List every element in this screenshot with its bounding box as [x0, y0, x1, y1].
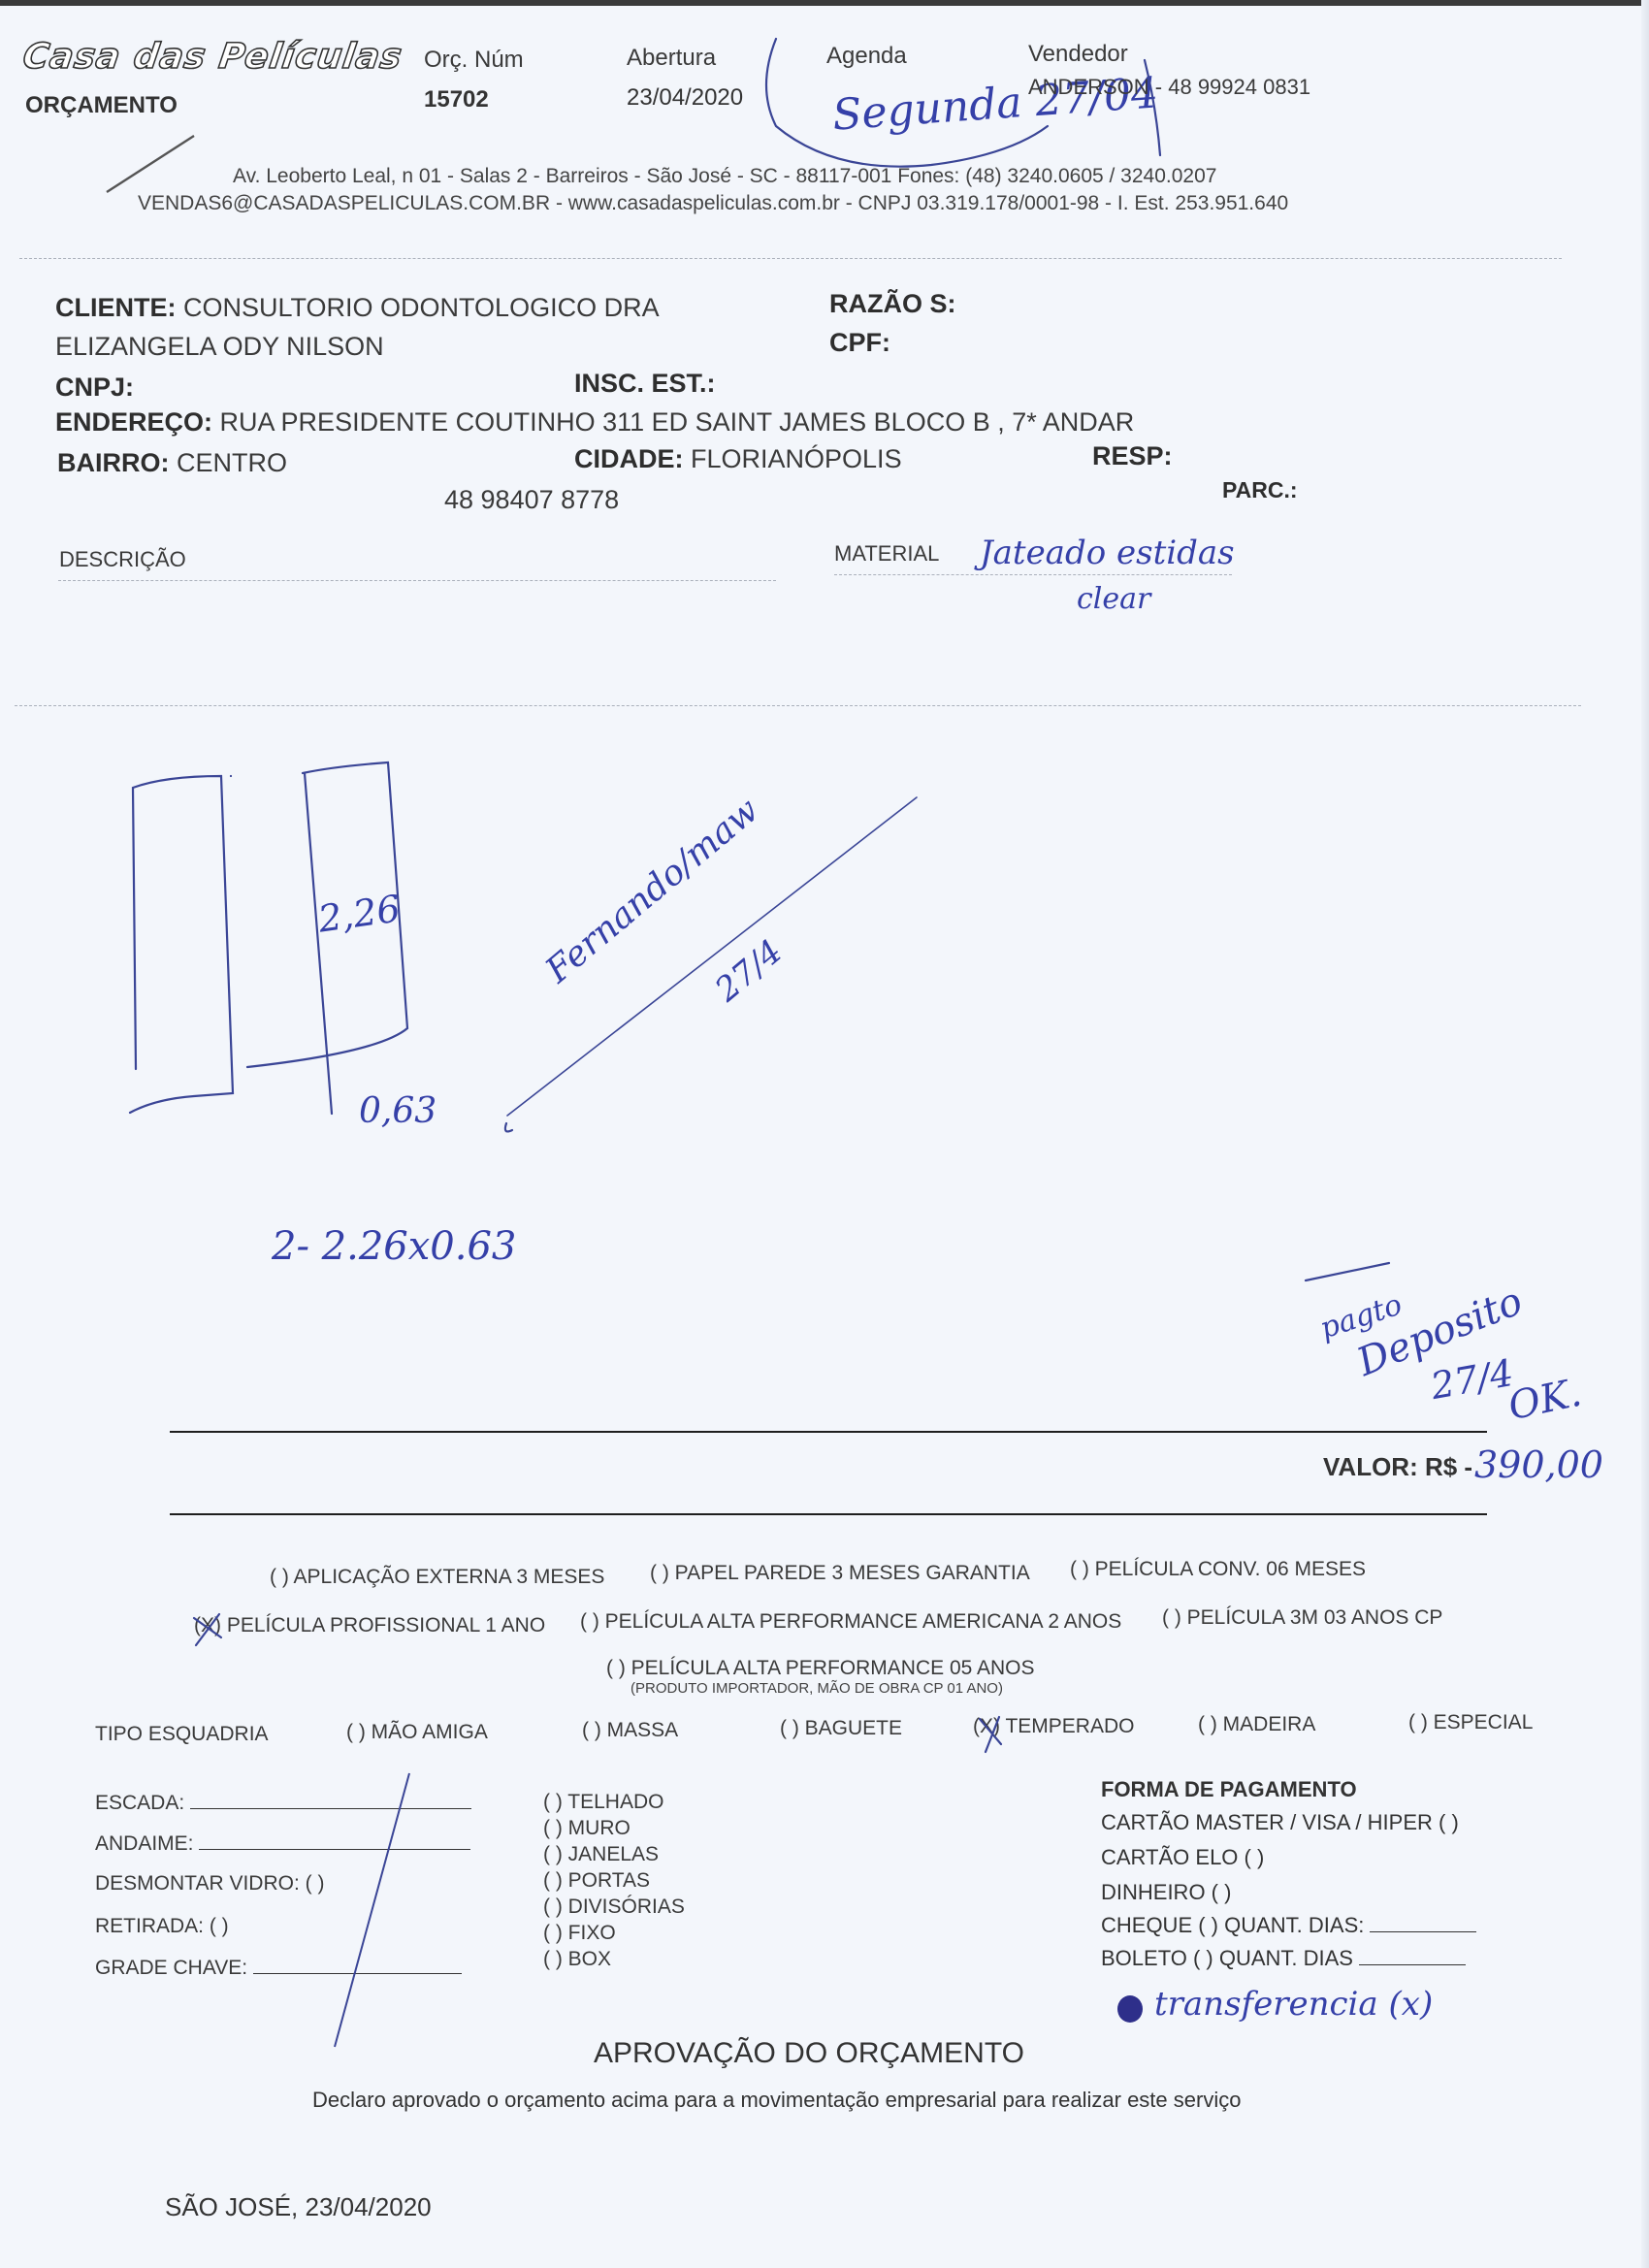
header-divider	[19, 258, 1562, 260]
orc-num-label: Orç. Núm	[424, 47, 524, 74]
filled-dot-icon	[1117, 1995, 1143, 2023]
grade-chave-field[interactable]: GRADE CHAVE:	[95, 1956, 462, 1980]
cnpj-field: CNPJ:	[55, 373, 134, 403]
andaime-field[interactable]: ANDAIME:	[95, 1831, 470, 1856]
approval-statement: Declaro aprovado o orçamento acima para …	[312, 2088, 1241, 2113]
esquadria-label: TIPO ESQUADRIA	[95, 1723, 269, 1746]
payment-elo[interactable]: CARTÃO ELO ( )	[1101, 1845, 1264, 1870]
payment-cartao[interactable]: CARTÃO MASTER / VISA / HIPER ( )	[1101, 1810, 1459, 1835]
location-telhado[interactable]: ( ) TELHADO	[543, 1791, 663, 1814]
client-phone: 48 98407 8778	[444, 485, 619, 515]
abertura-label: Abertura	[627, 45, 716, 72]
descricao-line	[58, 580, 776, 582]
location-divisorias[interactable]: ( ) DIVISÓRIAS	[543, 1895, 685, 1919]
cidade-field: CIDADE: FLORIANÓPOLIS	[574, 444, 902, 474]
payment-note-ok: OK.	[1504, 1371, 1585, 1430]
option-aplicacao-externa[interactable]: ( ) APLICAÇÃO EXTERNA 3 MESES	[270, 1566, 604, 1589]
cliente-field: CLIENTE: CONSULTORIO ODONTOLOGICO DRA	[55, 293, 660, 323]
material-handwritten: Jateado estidas	[980, 534, 1235, 572]
esquadria-madeira[interactable]: ( ) MADEIRA	[1198, 1713, 1315, 1736]
esquadria-massa[interactable]: ( ) MASSA	[582, 1719, 678, 1742]
company-contact: VENDAS6@CASADASPELICULAS.COM.BR - www.ca…	[138, 192, 1288, 215]
cpf-field: CPF:	[829, 328, 890, 358]
agenda-label: Agenda	[826, 43, 907, 70]
vendedor: ANDERSON - 48 99924 0831	[1028, 75, 1310, 100]
esquadria-baguete[interactable]: ( ) BAGUETE	[780, 1717, 902, 1740]
location-janelas[interactable]: ( ) JANELAS	[543, 1843, 659, 1866]
sketch-height: 2,26	[315, 887, 403, 940]
esquadria-temperado[interactable]: (X) TEMPERADO	[973, 1715, 1134, 1738]
vendedor-label: Vendedor	[1028, 41, 1128, 68]
material-handwritten-2: clear	[1077, 582, 1150, 616]
company-address: Av. Leoberto Leal, n 01 - Salas 2 - Barr…	[233, 165, 1216, 188]
payment-note-date: 27/4	[1428, 1351, 1517, 1408]
orc-num: 15702	[424, 86, 489, 113]
option-pelicula-alta-americana[interactable]: ( ) PELÍCULA ALTA PERFORMANCE AMERICANA …	[580, 1610, 1121, 1634]
desmontar-vidro-field[interactable]: DESMONTAR VIDRO: ( )	[95, 1872, 324, 1895]
option-pelicula-alta-05[interactable]: ( ) PELÍCULA ALTA PERFORMANCE 05 ANOS	[606, 1657, 1035, 1680]
endereco-field: ENDEREÇO: RUA PRESIDENTE COUTINHO 311 ED…	[55, 407, 1134, 437]
approval-title: APROVAÇÃO DO ORÇAMENTO	[594, 2037, 1024, 2070]
parc-field: PARC.:	[1222, 477, 1298, 503]
option-pelicula-3m[interactable]: ( ) PELÍCULA 3M 03 ANOS CP	[1162, 1606, 1442, 1630]
material-line	[834, 574, 1232, 576]
section-divider	[15, 705, 1581, 707]
endereco-value: RUA PRESIDENTE COUTINHO 311 ED SAINT JAM…	[220, 407, 1135, 437]
sketch-width: 0,63	[359, 1091, 436, 1131]
option-papel-parede[interactable]: ( ) PAPEL PAREDE 3 MESES GARANTIA	[650, 1562, 1030, 1585]
warranty-note: (PRODUTO IMPORTADOR, MÃO DE OBRA CP 01 A…	[630, 1680, 1003, 1697]
esquadria-especial[interactable]: ( ) ESPECIAL	[1408, 1711, 1533, 1734]
sketch-signature-date: 27/4	[708, 932, 790, 1010]
valor-bottom-rule	[170, 1513, 1487, 1515]
payment-title: FORMA DE PAGAMENTO	[1101, 1777, 1357, 1802]
retirada-field[interactable]: RETIRADA: ( )	[95, 1915, 229, 1938]
valor-label: VALOR: R$ -	[1323, 1452, 1472, 1482]
payment-cheque[interactable]: CHEQUE ( ) QUANT. DIAS:	[1101, 1913, 1476, 1938]
location-muro[interactable]: ( ) MURO	[543, 1817, 630, 1840]
option-pelicula-profissional[interactable]: (X) PELÍCULA PROFISSIONAL 1 ANO	[194, 1614, 545, 1637]
valor-top-rule	[170, 1431, 1487, 1433]
approval-place-date: SÃO JOSÉ, 23/04/2020	[165, 2192, 432, 2222]
payment-dinheiro[interactable]: DINHEIRO ( )	[1101, 1880, 1231, 1905]
bairro-field: BAIRRO: CENTRO	[57, 448, 287, 478]
payment-boleto[interactable]: BOLETO ( ) QUANT. DIAS	[1101, 1946, 1466, 1971]
location-portas[interactable]: ( ) PORTAS	[543, 1869, 650, 1893]
valor-amount: 390,00	[1474, 1443, 1603, 1486]
measure-note: 2- 2.26x0.63	[272, 1224, 516, 1269]
document-type: ORÇAMENTO	[25, 92, 178, 119]
location-fixo[interactable]: ( ) FIXO	[543, 1922, 616, 1945]
cliente-value: CONSULTORIO ODONTOLOGICO DRA	[183, 293, 660, 322]
descricao-label: DESCRIÇÃO	[59, 547, 186, 572]
insc-est-field: INSC. EST.:	[574, 369, 716, 399]
razao-field: RAZÃO S:	[829, 289, 956, 319]
company-logo: Casa das Películas	[20, 37, 404, 77]
material-label: MATERIAL	[834, 541, 939, 567]
resp-field: RESP:	[1092, 441, 1173, 471]
location-box[interactable]: ( ) BOX	[543, 1948, 611, 1971]
escada-field[interactable]: ESCADA:	[95, 1791, 471, 1815]
cliente-value-line2: ELIZANGELA ODY NILSON	[55, 332, 384, 362]
option-pelicula-conv[interactable]: ( ) PELÍCULA CONV. 06 MESES	[1070, 1558, 1366, 1581]
payment-transferencia: transferencia (x)	[1154, 1985, 1433, 2024]
scan-right-edge	[1641, 0, 1649, 2268]
abertura-date: 23/04/2020	[627, 84, 743, 112]
esquadria-mao-amiga[interactable]: ( ) MÃO AMIGA	[346, 1721, 488, 1744]
scan-top-edge	[0, 0, 1649, 6]
